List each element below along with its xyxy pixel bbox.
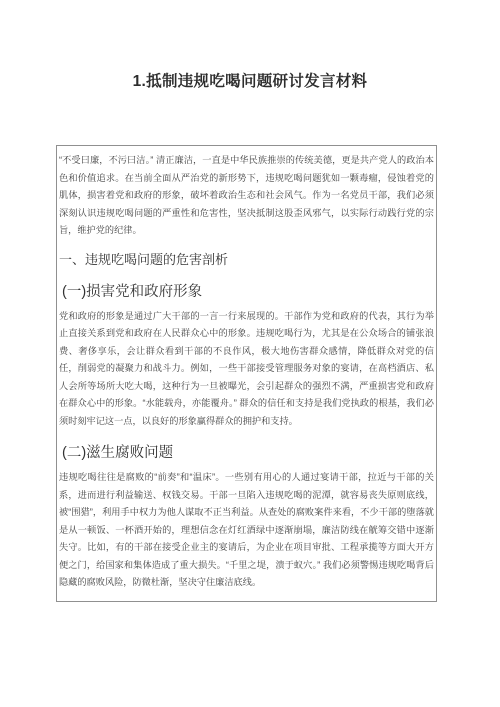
subsection-2-heading: (二)滋生腐败问题 [59, 443, 434, 463]
document-text-box: “不受曰廉，不污曰洁。” 清正廉洁，一直是中华民族推崇的传统美德，更是共产党人的… [56, 145, 437, 602]
section-1-heading: 一、违规吃喝问题的危害剖析 [59, 251, 434, 269]
page-title: 1.抵制违规吃喝问题研讨发言材料 [0, 70, 500, 94]
subsection-2-body: 违规吃喝往往是腐败的“前奏”和“温床”。一些别有用心的人通过宴请干部，拉近与干部… [59, 469, 434, 592]
subsection-1-body: 党和政府的形象是通过广大干部的一言一行来展现的。干部作为党和政府的代表，其行为举… [59, 308, 434, 431]
subsection-1-heading: (一)损害党和政府形象 [59, 282, 434, 302]
intro-paragraph: “不受曰廉，不污曰洁。” 清正廉洁，一直是中华民族推崇的传统美德，更是共产党人的… [59, 152, 434, 240]
